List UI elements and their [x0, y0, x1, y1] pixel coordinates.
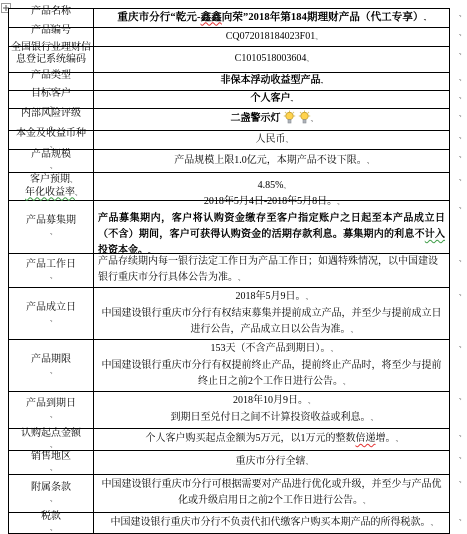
paragraph-mark: .,	[367, 159, 369, 165]
row-label-cell[interactable]: 客户预期., 年化收益率.,	[9, 173, 94, 200]
expected-yield-label-2: 年化收益率	[25, 187, 75, 198]
row-end-mark: .,	[459, 291, 461, 297]
row-label-line2: 年化收益率.,	[25, 187, 77, 200]
row-end-mark: .,	[459, 257, 461, 263]
row-label-cell[interactable]: 附属条款.,	[9, 475, 94, 512]
row-value-cell[interactable]: 非保本浮动收益型产品.,	[94, 73, 449, 90]
expected-yield-label-1: 客户预期	[30, 174, 70, 185]
row-value-cell[interactable]: 产品存续期内每一银行法定工作日为产品工作日；如遇特殊情况，以中国建设银行重庆市分…	[94, 254, 449, 287]
row-label-cell[interactable]: 目标客户.,	[9, 91, 94, 108]
table-row-registration-code: 全国银行业理财信息登记系统编码., C1010518003604., .,	[9, 47, 449, 73]
paragraph-mark: .,	[311, 117, 313, 123]
maturity-note: 到期日至兑付日之间不计算投资收益或利息。.,	[98, 410, 445, 427]
row-end-mark: .,	[459, 134, 461, 140]
product-name-misspelled: 鑫鑫	[201, 12, 222, 23]
sales-region: 重庆市分行全辖	[236, 456, 306, 467]
minimum-subscription-text: 个人客户购买起点金额为5万元，以1万元的整数倍递增。.,	[98, 431, 445, 448]
row-end-mark: .,	[459, 432, 461, 438]
paragraph-mark: .,	[308, 399, 310, 405]
row-end-mark: .,	[459, 204, 461, 210]
row-label-cell[interactable]: 税款.,	[9, 513, 94, 533]
minimum-subscription-misspelled: 倍递	[356, 433, 376, 444]
maturity-date: 2018年10月9日。	[233, 395, 308, 406]
product-name-text: 重庆市分行“乾元-鑫鑫向荣”2018年第184期理财产品（代工专享）.,	[98, 10, 445, 27]
row-value-cell[interactable]: 个人客户购买起点金额为5万元，以1万元的整数倍递增。.,	[94, 429, 449, 450]
paragraph-mark: .,	[337, 200, 339, 206]
table-row-sales-region: 销售地区., 重庆市分行全辖., .,	[9, 451, 449, 475]
row-label-line1: 客户预期.,	[30, 174, 72, 187]
product-term-text: 153天（不含产品到期日）。.,	[98, 341, 445, 358]
row-value-cell[interactable]: 中国建设银行重庆市分行可根据需要对产品进行优化或升级，并至少与产品优化或升级启用…	[94, 475, 449, 512]
paragraph-mark: .,	[50, 314, 52, 326]
paragraph-mark: .,	[50, 227, 52, 239]
row-label: 产品规模	[31, 149, 71, 161]
paragraph-mark: .,	[75, 191, 77, 197]
row-label-cell[interactable]: 产品期限.,	[9, 340, 94, 391]
paragraph-mark: .,	[50, 271, 52, 283]
row-end-mark: .,	[459, 76, 461, 82]
table-row-additional-terms: 附属条款., 中国建设银行重庆市分行可根据需要对产品进行优化或升级，并至少与产品…	[9, 475, 449, 513]
risk-rating: 二盏警示灯	[231, 113, 281, 124]
row-value-cell[interactable]: 重庆市分行全辖.,	[94, 451, 449, 474]
table-row-establishment-date: 产品成立日., 2018年5月9日。., 中国建设银行重庆市分行有权结束募集并提…	[9, 288, 449, 340]
row-label-cell[interactable]: 产品到期日.,	[9, 392, 94, 428]
establishment-date-text: 2018年5月9日。.,	[98, 289, 445, 306]
paragraph-mark: .,	[396, 437, 398, 443]
row-label-cell[interactable]: 内部风险评级.,	[9, 109, 94, 130]
paragraph-mark: .,	[321, 79, 323, 85]
currency: 人民币	[256, 134, 286, 145]
row-label: 销售地区	[31, 451, 71, 463]
offering-dates: 2018年5月4日-2018年5月8日。	[204, 196, 337, 207]
paragraph-mark: .,	[331, 347, 333, 353]
row-value-cell[interactable]: 重庆市分行“乾元-鑫鑫向荣”2018年第184期理财产品（代工专享）.,	[94, 9, 449, 27]
table-row-offering-period: 产品募集期., 2018年5月4日-2018年5月8日。., 产品募集期内，客户…	[9, 201, 449, 254]
row-label-cell[interactable]: 产品工作日.,	[9, 254, 94, 287]
table-row-business-days: 产品工作日., 产品存续期内每一银行法定工作日为产品工作日；如遇特殊情况，以中国…	[9, 254, 449, 288]
row-label-cell[interactable]: 全国银行业理财信息登记系统编码.,	[9, 47, 94, 72]
additional-terms-text: 中国建设银行重庆市分行可根据需要对产品进行优化或升级，并至少与产品优化或升级启用…	[98, 477, 445, 510]
currency-text: 人民币.,	[98, 132, 445, 149]
paragraph-mark: .,	[50, 366, 52, 378]
tax: 中国建设银行重庆市分行不负责代扣代缴客户购买本期产品的所得税款。	[111, 517, 431, 528]
table-row-tax: 税款., 中国建设银行重庆市分行不负责代扣代缴客户购买本期产品的所得税款。., …	[9, 513, 449, 533]
table-row-product-term: 产品期限., 153天（不含产品到期日）。., 中国建设银行重庆市分行有权提前终…	[9, 340, 449, 392]
row-label: 产品编号	[31, 25, 71, 37]
table-row-product-type: 产品类型., 非保本浮动收益型产品., .,	[9, 73, 449, 91]
product-info-table: 产品名称., 重庆市分行“乾元-鑫鑫向荣”2018年第184期理财产品（代工专享…	[8, 8, 450, 534]
maturity-date-text: 2018年10月9日。.,	[98, 393, 445, 410]
row-label: 全国银行业理财信息登记系统编码	[11, 42, 91, 66]
row-label-cell[interactable]: 产品规模.,	[9, 150, 94, 172]
paragraph-mark: .,	[315, 35, 317, 41]
minimum-subscription-pre: 个人客户购买起点金额为5万元，以1万元的整数	[146, 433, 356, 444]
tax-text: 中国建设银行重庆市分行不负责代扣代缴客户购买本期产品的所得税款。.,	[98, 515, 445, 532]
row-end-mark: .,	[459, 478, 461, 484]
word-document-page: { "marks": { "paragraph_end": ".," }, "c…	[0, 0, 467, 534]
row-label: 产品到期日	[26, 398, 76, 410]
row-value-cell[interactable]: 2018年5月4日-2018年5月8日。., 产品募集期内，客户将认购资金缴存至…	[94, 201, 449, 253]
product-scale-text: 产品规模上限1.0亿元，本期产品不设下限。.,	[98, 153, 445, 170]
product-name-pre: 重庆市分行“乾元-	[117, 12, 200, 23]
row-label: 内部风险评级	[21, 108, 81, 120]
paragraph-mark: .,	[351, 328, 353, 334]
paragraph-mark: .,	[283, 184, 285, 190]
row-value-cell[interactable]: 2018年5月9日。., 中国建设银行重庆市分行有权结束募集并提前成立产品，并至…	[94, 288, 449, 339]
paragraph-mark: .,	[291, 97, 293, 103]
product-code-text: CQ072018184023F01.,	[98, 29, 445, 46]
row-label: 产品名称	[31, 6, 71, 18]
registration-code: C1010518003604	[235, 53, 307, 64]
registration-code-text: C1010518003604.,	[98, 51, 445, 68]
product-type: 非保本浮动收益型产品	[221, 75, 321, 86]
row-label: 产品成立日	[26, 302, 76, 314]
row-value-cell[interactable]: 个人客户.,	[94, 91, 449, 108]
row-label-cell[interactable]: 产品募集期.,	[9, 201, 94, 253]
row-value-cell[interactable]: 153天（不含产品到期日）。., 中国建设银行重庆市分行有权提前终止产品，提前终…	[94, 340, 449, 391]
product-term-note: 中国建设银行重庆市分行有权提前终止产品，提前终止产品时，将至少与提前终止日之前2…	[98, 358, 445, 391]
paragraph-mark: .,	[431, 521, 433, 527]
minimum-subscription-post: 增。	[376, 433, 396, 444]
table-row-product-name: 产品名称., 重庆市分行“乾元-鑫鑫向荣”2018年第184期理财产品（代工专享…	[9, 9, 449, 28]
paragraph-mark: .,	[306, 295, 308, 301]
lightbulb-icon	[283, 110, 296, 130]
row-label: 附属条款	[31, 482, 71, 494]
establishment-date: 2018年5月9日。	[236, 291, 306, 302]
target-customer: 个人客户	[251, 93, 291, 104]
offering-period-note: 产品募集期内，客户将认购资金缴存至客户指定账户之日起至本产品成立日（不含）期间，…	[98, 211, 445, 260]
paragraph-mark: .,	[50, 410, 52, 422]
paragraph-mark: .,	[238, 276, 240, 282]
offering-note-grammar: 计入	[425, 229, 445, 240]
row-end-mark: .,	[459, 176, 461, 182]
risk-rating-text: 二盏警示灯.,	[98, 110, 445, 130]
row-end-mark: .,	[459, 395, 461, 401]
row-label: 目标客户	[31, 88, 71, 100]
product-type-text: 非保本浮动收益型产品.,	[98, 73, 445, 90]
paragraph-mark: .,	[70, 178, 72, 184]
business-days: 产品存续期内每一银行法定工作日为产品工作日；如遇特殊情况，以中国建设银行重庆市分…	[98, 256, 438, 283]
paragraph-mark: .,	[343, 380, 345, 386]
row-value-cell[interactable]: 产品规模上限1.0亿元，本期产品不设下限。.,	[94, 150, 449, 172]
target-customer-text: 个人客户.,	[98, 91, 445, 108]
additional-terms: 中国建设银行重庆市分行可根据需要对产品进行优化或升级，并至少与产品优化或升级启用…	[102, 479, 442, 506]
row-end-mark: .,	[459, 153, 461, 159]
paragraph-mark: .,	[306, 460, 308, 466]
product-scale: 产品规模上限1.0亿元，本期产品不设下限。	[174, 155, 367, 166]
row-value-cell[interactable]: 中国建设银行重庆市分行不负责代扣代缴客户购买本期产品的所得税款。.,	[94, 513, 449, 533]
row-value-cell[interactable]: 二盏警示灯.,	[94, 109, 449, 130]
expected-yield: 4.85%	[258, 180, 284, 191]
table-row-target-customer: 目标客户., 个人客户., .,	[9, 91, 449, 109]
paragraph-mark: .,	[424, 16, 426, 22]
product-term-note-text: 中国建设银行重庆市分行有权提前终止产品，提前终止产品时，将至少与提前终止日之前2…	[102, 360, 442, 387]
paragraph-mark: .,	[50, 523, 52, 534]
sales-region-text: 重庆市分行全辖.,	[98, 454, 445, 471]
row-value-cell[interactable]: 人民币.,	[94, 131, 449, 149]
expected-yield-text: 4.85%.,	[98, 178, 445, 195]
row-end-mark: .,	[459, 12, 461, 18]
product-term: 153天（不含产品到期日）。	[211, 343, 331, 354]
paragraph-mark: .,	[50, 161, 52, 173]
row-label: 产品类型	[31, 70, 71, 82]
row-label: 税款	[41, 511, 61, 523]
row-end-mark: .,	[459, 31, 461, 37]
row-label-cell[interactable]: 产品成立日.,	[9, 288, 94, 339]
business-days-text: 产品存续期内每一银行法定工作日为产品工作日；如遇特殊情况，以中国建设银行重庆市分…	[98, 254, 445, 287]
table-row-currency: 本金及收益币种., 人民币., .,	[9, 131, 449, 150]
establishment-note-text: 中国建设银行重庆市分行有权结束募集并提前成立产品，并至少与提前成立日进行公告，产…	[102, 308, 442, 335]
row-label: 产品工作日	[26, 259, 76, 271]
paragraph-mark: .,	[363, 499, 365, 505]
lightbulb-icon	[298, 110, 311, 130]
row-label-cell[interactable]: 销售地区.,	[9, 451, 94, 474]
row-label-cell[interactable]: 本金及收益币种.,	[9, 131, 94, 149]
row-label: 产品募集期	[26, 215, 76, 227]
row-value-cell[interactable]: CQ072018184023F01.,	[94, 28, 449, 46]
row-end-mark: .,	[459, 50, 461, 56]
row-label: 认购起点金额	[21, 428, 81, 440]
row-end-mark: .,	[459, 343, 461, 349]
row-end-mark: .,	[459, 112, 461, 118]
table-row-maturity-date: 产品到期日., 2018年10月9日。., 到期日至兑付日之间不计算投资收益或利…	[9, 392, 449, 429]
row-value-cell[interactable]: C1010518003604.,	[94, 47, 449, 72]
row-label: 本金及收益币种	[16, 128, 86, 140]
paragraph-mark: .,	[286, 138, 288, 144]
row-label: 产品期限	[31, 354, 71, 366]
paragraph-mark: .,	[306, 57, 308, 63]
offering-period-dates: 2018年5月4日-2018年5月8日。.,	[98, 194, 445, 211]
row-value-cell[interactable]: 2018年10月9日。., 到期日至兑付日之间不计算投资收益或利息。.,	[94, 392, 449, 428]
establishment-note: 中国建设银行重庆市分行有权结束募集并提前成立产品，并至少与提前成立日进行公告，产…	[98, 306, 445, 339]
row-end-mark: .,	[459, 94, 461, 100]
table-row-product-scale: 产品规模., 产品规模上限1.0亿元，本期产品不设下限。., .,	[9, 150, 449, 173]
paragraph-mark: .,	[50, 494, 52, 506]
row-label-cell[interactable]: 认购起点金额.,	[9, 429, 94, 450]
paragraph-mark: .,	[371, 416, 373, 422]
offering-note-pre: 产品募集期内，客户将认购资金缴存至客户指定账户之日起至本产品成立日（不含）期间，…	[98, 213, 445, 240]
product-name-post: 向荣”2018年第184期理财产品（代工专享）	[222, 12, 424, 23]
row-end-mark: .,	[459, 516, 461, 522]
table-row-minimum-subscription: 认购起点金额., 个人客户购买起点金额为5万元，以1万元的整数倍递增。., .,	[9, 429, 449, 451]
paragraph-mark: .,	[50, 463, 52, 475]
maturity-note-text: 到期日至兑付日之间不计算投资收益或利息。	[171, 412, 371, 423]
product-code: CQ072018184023F01	[226, 31, 315, 42]
row-end-mark: .,	[459, 454, 461, 460]
